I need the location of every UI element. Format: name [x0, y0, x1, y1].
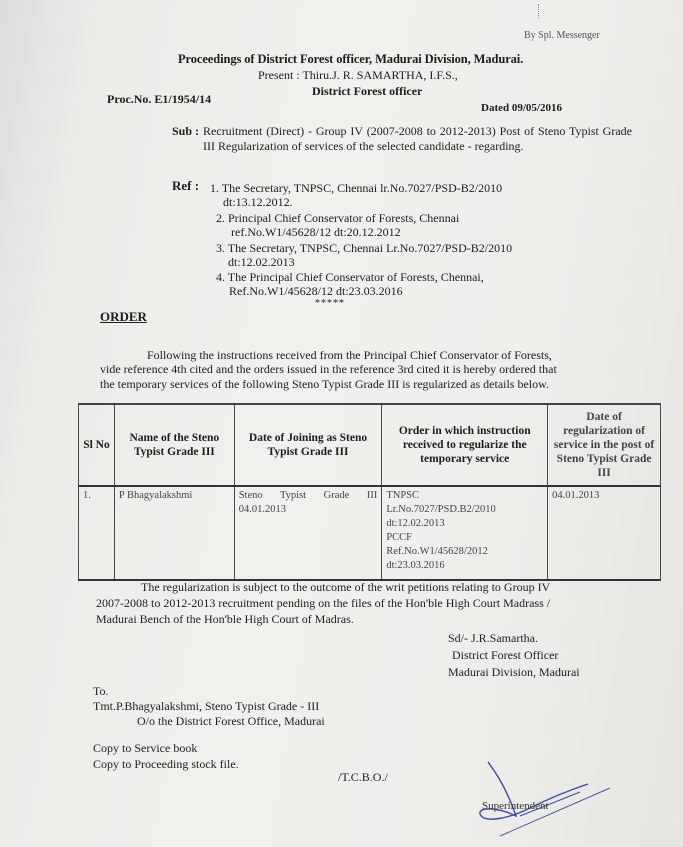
copy-line-1: Copy to Service book: [93, 741, 197, 756]
col-order: Order in which instruction received to r…: [382, 404, 548, 486]
separator-stars: *****: [315, 298, 345, 309]
proc-number: Proc.No. E1/1954/14: [107, 92, 211, 107]
copy-line-2: Copy to Proceeding stock file.: [93, 757, 239, 772]
addressee-line-2: O/o the District Forest Office, Madurai: [137, 714, 325, 729]
cell-name: P Bhagyalakshmi: [114, 486, 234, 580]
ref-item-2: 2. Principal Chief Conservator of Forest…: [216, 211, 459, 239]
closing-para-line-2: 2007-2008 to 2012-2013 recruitment pendi…: [96, 596, 550, 611]
order-para-line-1: Following the instructions received from…: [147, 348, 552, 363]
regularization-table: Sl No Name of the Steno Typist Grade III…: [78, 403, 661, 581]
ref-item-4: 4. The Principal Chief Conservator of Fo…: [216, 270, 484, 298]
col-sl-no: Sl No: [79, 404, 115, 486]
ref-item-3: 3. The Secretary, TNPSC, Chennai Lr.No.7…: [216, 241, 512, 269]
ref-item-1: 1. The Secretary, TNPSC, Chennai lr.No.7…: [210, 181, 502, 209]
to-label: To.: [93, 684, 109, 699]
signatory-office: Madurai Division, Madurai: [448, 664, 580, 681]
present-label: Present :: [258, 68, 300, 82]
cell-regularization-date: 04.01.2013: [548, 486, 661, 580]
superintendent-label: Superintendent: [482, 800, 549, 812]
order-para-line-3: the temporary services of the following …: [100, 377, 549, 392]
col-name: Name of the Steno Typist Grade III: [114, 404, 234, 486]
present-line: Present : Thiru.J. R. SAMARTHA, I.F.S.,: [258, 68, 458, 83]
col-regularization-date: Date of regularization of service in the…: [548, 404, 661, 486]
col-joining-date: Date of Joining as Steno Typist Grade II…: [234, 404, 382, 486]
addressee-line-1: Tmt.P.Bhagyalakshmi, Steno Typist Grade …: [93, 699, 319, 714]
subject-text: Recruitment (Direct) - Group IV (2007-20…: [203, 124, 632, 154]
document-page: By Spl. Messenger Proceedings of Distric…: [0, 0, 683, 847]
dated: Dated 09/05/2016: [481, 102, 562, 114]
cell-joining: Steno Typist Grade III 04.01.2013: [234, 486, 382, 580]
cell-sl-no: 1.: [79, 486, 115, 580]
ref-label: Ref :: [172, 178, 199, 194]
present-name: Thiru.J. R. SAMARTHA, I.F.S.,: [302, 68, 457, 82]
order-para-line-2: vide reference 4th cited and the orders …: [100, 362, 557, 377]
signatory-block: Sd/- J.R.Samartha. District Forest Offic…: [448, 630, 580, 681]
signatory-designation: District Forest Officer: [448, 647, 580, 664]
closing-para-line-1: The regularization is subject to the out…: [141, 580, 550, 595]
designation: District Forest officer: [312, 84, 422, 99]
subject-label: Sub :: [172, 124, 199, 154]
order-heading: ORDER: [100, 309, 147, 325]
cell-order: TNPSC Lr.No.7027/PSD.B2/2010 dt:12.02.20…: [382, 486, 548, 580]
table-row: 1. P Bhagyalakshmi Steno Typist Grade II…: [79, 486, 661, 580]
proceedings-title: Proceedings of District Forest officer, …: [178, 52, 523, 67]
subject: Sub : Recruitment (Direct) - Group IV (2…: [172, 124, 632, 154]
paper-mark: [538, 4, 541, 18]
tcbo-mark: /T.C.B.O./: [338, 770, 388, 785]
signatory-name: Sd/- J.R.Samartha.: [448, 630, 580, 647]
signature-scribble: [470, 758, 620, 838]
dispatch-note: By Spl. Messenger: [524, 30, 600, 41]
closing-para-line-3: Madurai Bench of the Hon'ble High Court …: [96, 612, 354, 627]
table-header-row: Sl No Name of the Steno Typist Grade III…: [79, 404, 661, 486]
